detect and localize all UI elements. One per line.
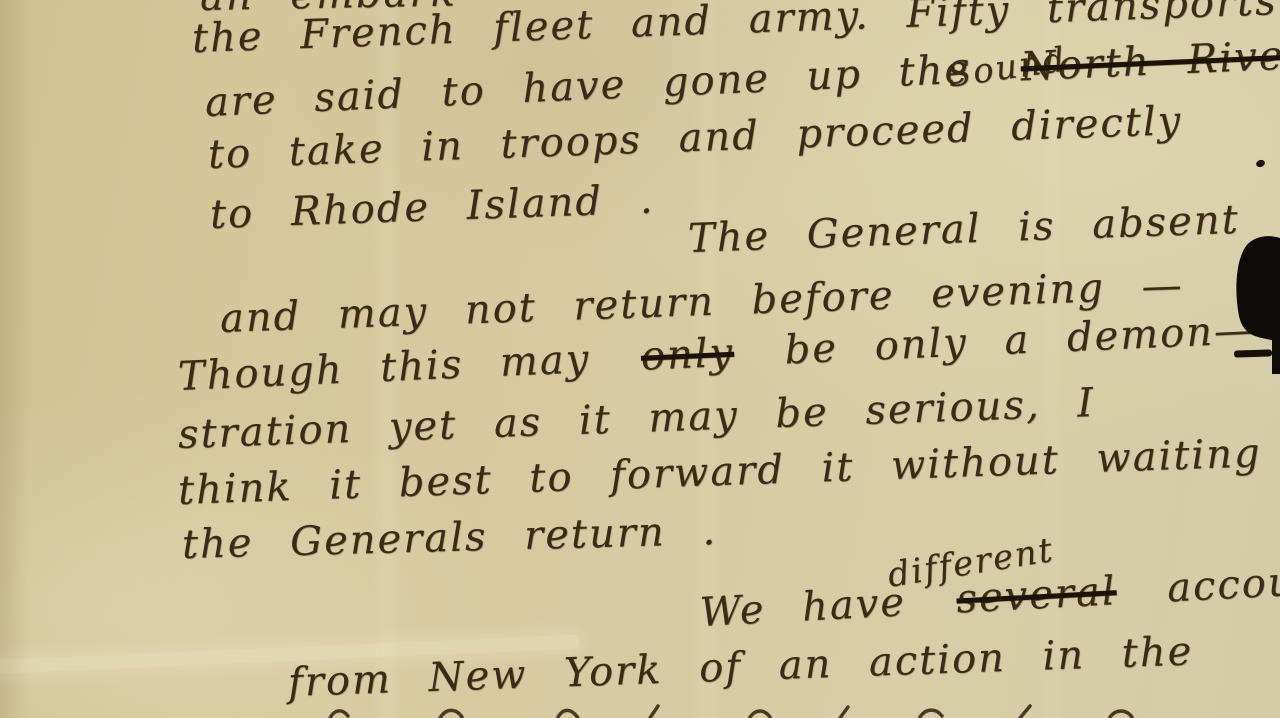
line-text: We have (699, 579, 907, 636)
letter-line-from-new-york: from New York of an action in the (287, 628, 1194, 706)
paper: an embark the French fleet and army. Fif… (0, 0, 1280, 718)
ink-speck (1255, 159, 1266, 169)
cropped-bottom-line-fragments (320, 704, 1150, 718)
letter-line-generals-return: the Generals return . (181, 508, 717, 568)
paper-edge-shadow (0, 0, 30, 718)
line-text: Though this may (177, 336, 591, 400)
letter-line-rhode-island: to Rhode Island . (209, 176, 655, 237)
struck-word-several: several (955, 568, 1117, 622)
struck-word-only: only (640, 330, 735, 380)
line-text: accounts (1166, 555, 1280, 611)
letter-line-general-absent: The General is absent (687, 197, 1240, 262)
